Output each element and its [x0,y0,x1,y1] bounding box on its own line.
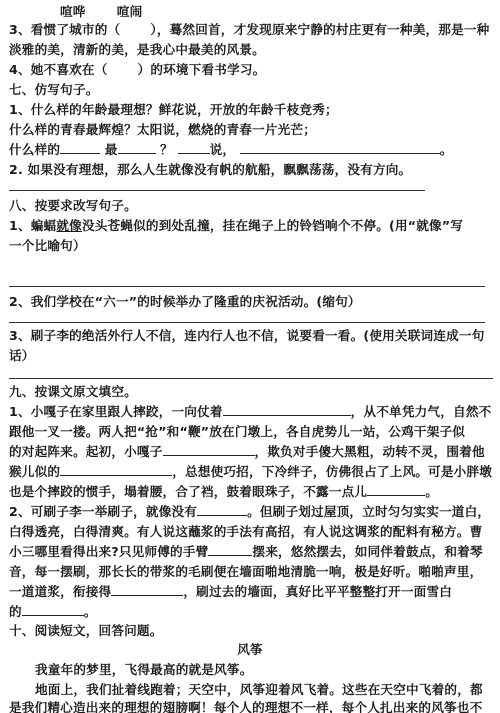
question-6-4: 4、她不喜欢在（）的环境下看书学习。 [9,61,265,78]
answer-line[interactable] [9,286,485,287]
word-option: 喧闹 [117,4,143,19]
answer-blank[interactable] [163,443,255,456]
word-options: 喧哗 喧闹 [60,3,142,20]
section-7-example-2: 什么样的青春最辉煌？太阳说，燃烧的青春一片光芒； [9,121,316,138]
section-9-p1-line3: 的对起阵来。起初，小嘎子，欺负对手傻大黑粗，动转不灵，围着他 [9,443,485,460]
answer-blank[interactable] [118,141,156,154]
answer-blank[interactable] [367,483,425,496]
section-9-p2-line1: 2、可刷子李一举刷子，就像没有。但刷子划过屋顶，立时匀匀实实一道白， [9,503,490,520]
passage-paragraph-2-line1: 地面上，我们扯着线跑着；天空中，风筝迎着风飞着。这些在天空中飞着的，都 [35,681,483,698]
section-8-q2: 2、我们学校在“六一”的时候举办了隆重的庆祝活动。(缩句） [9,293,361,310]
section-9-p2-line6: 的。 [9,603,97,620]
section-7-prompt-2: 2. 如果没有理想，那么人生就像没有帆的航船，飘飘荡荡，没有方向。 [9,161,411,178]
section-7-fill-line: 什么样的 最 ？ 说， 。 [9,141,453,158]
section-8-q1-line2: 一个比喻句） [9,237,86,254]
answer-blank[interactable] [197,503,247,516]
answer-blank[interactable] [111,583,183,596]
answer-line[interactable] [9,322,485,323]
section-9-p1-line1: 1、小嘎子在家里跟人摔跤，一向仗着，从不单凭力气，自然不 [9,403,491,420]
answer-blank[interactable] [240,141,440,154]
section-9-p2-line4: 音，每一摆刷，那长长的带浆的毛刷便在墙面啪地清脆一响，极是好听。啪啪声里， [9,563,482,580]
question-6-3-line2: 淡雅的美，清新的美，是我心中最美的风景。 [9,41,265,58]
section-9-p1-line2: 跟他一叉一搂。两人把“抢”和“鞭”放在门墩上，各自虎势儿一站，公鸡干架子似 [9,423,465,440]
section-9-p1-line4: 猴儿似的，总想使巧招，下冷绊子，仿佛很占了上风。可是小胖墩 [9,463,492,480]
section-9-title: 九、按课文原文填空。 [9,383,137,400]
answer-blank[interactable] [208,543,252,556]
section-7-example-1: 1、什么样的年龄最理想？鲜花说，开放的年龄千枝竞秀； [9,101,338,118]
answer-line[interactable] [9,190,425,191]
section-8-q3-line2: 话） [9,347,35,364]
section-10-title: 十、阅读短文，回答问题。 [9,622,163,639]
answer-blank[interactable] [22,603,84,616]
passage-title: 风筝 [0,641,500,658]
answer-blank[interactable] [223,403,351,416]
section-7-title: 七、仿写句子。 [9,81,99,98]
section-9-p2-line3: 小三哪里看得出来?只见师傅的手臂摆来，悠然摆去，如同伴着鼓点，和着琴 [9,543,483,560]
answer-blank[interactable] [178,141,210,154]
answer-blank[interactable] [60,463,172,476]
passage-paragraph-2-line2: 是我们精心造出来的理想的翅膀啊！每个人的理想不一样，每个人扎出来的风筝也不 [9,699,482,713]
word-option: 喧哗 [60,4,86,19]
section-8-q1-line1: 1、蝙蝠就像没头苍蝇似的到处乱撞，挂在绳子上的铃铛响个不停。(用“就像”写 [9,217,463,234]
underlined-word: 就像 [56,218,82,233]
question-6-3-line1: 3、看惯了城市的（），蓦然回首，才发现原来宁静的村庄更有一种美，那是一种 [9,21,489,38]
section-9-p1-line5: 也是个摔跤的惯手，塌着腰，合了裆，鼓着眼珠子，不露一点儿。 [9,483,438,500]
section-9-p2-line2: 白得透亮，白得清爽。有人说这蘸浆的手法有高招，有人说这调浆的配料有秘方。曹 [9,523,482,540]
section-9-p2-line5: 一道道浆，衔接得，刷过去的墙面，真好比平平整整打开一面雪白 [9,583,452,600]
worksheet-page: 喧哗 喧闹 3、看惯了城市的（），蓦然回首，才发现原来宁静的村庄更有一种美，那是… [0,0,500,713]
passage-paragraph-1: 我童年的梦里，飞得最高的就是风筝。 [35,661,253,678]
section-8-title: 八、按要求改写句子。 [9,197,137,214]
answer-blank[interactable] [60,141,100,154]
answer-line[interactable] [9,378,493,379]
section-8-q3-line1: 3、刷子李的绝活外行人不信，连内行人也不信，说要看一看。(使用关联词连成一句 [9,327,485,344]
